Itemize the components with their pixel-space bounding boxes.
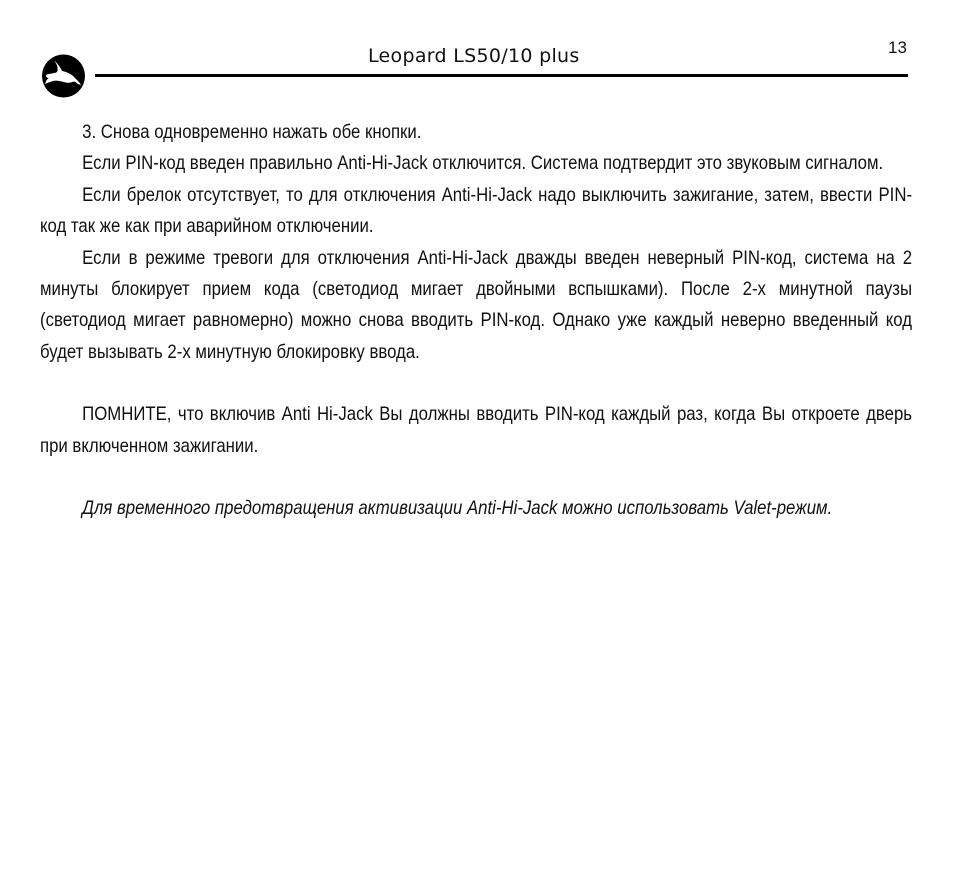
step-3-paragraph: 3. Снова одновременно нажать обе кнопки. — [40, 117, 912, 148]
page-header: Leopard LS50/10 plus 13 — [0, 0, 954, 100]
remember-paragraph: ПОМНИТЕ, что включив Anti Hi-Jack Вы дол… — [40, 399, 912, 462]
header-rule — [95, 74, 908, 77]
pin-correct-paragraph: Если PIN-код введен правильно Anti-Hi-Ja… — [40, 148, 912, 179]
document-title: Leopard LS50/10 plus — [368, 45, 580, 67]
page-number: 13 — [888, 38, 907, 58]
leopard-logo-icon — [40, 53, 87, 98]
wrong-pin-paragraph: Если в режиме тревоги для отключения Ant… — [40, 243, 912, 369]
paragraph-gap — [40, 368, 912, 399]
valet-mode-note: Для временного предотвращения активизаци… — [40, 493, 912, 524]
page-body: 3. Снова одновременно нажать обе кнопки.… — [40, 117, 912, 524]
paragraph-gap — [40, 462, 912, 493]
no-keyfob-paragraph: Если брелок отсутствует, то для отключен… — [40, 180, 912, 243]
